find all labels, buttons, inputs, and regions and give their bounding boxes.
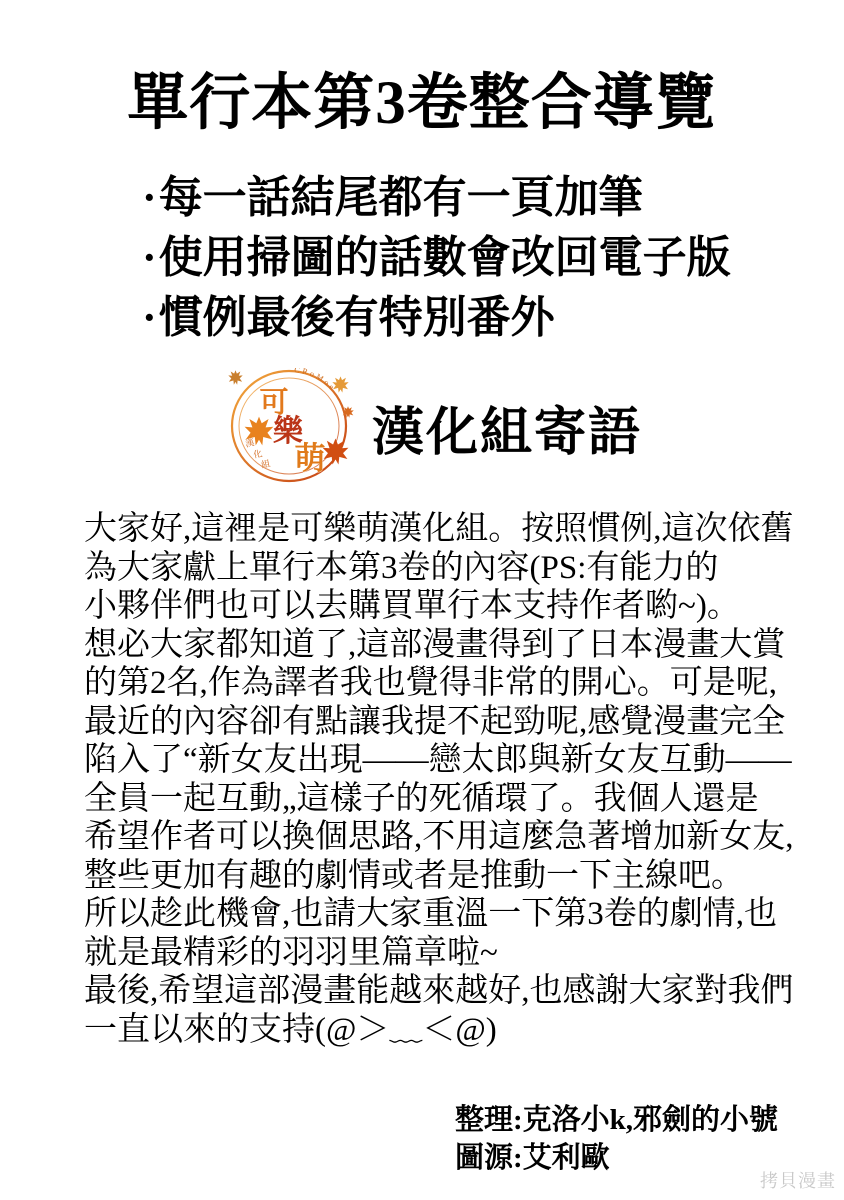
list-item-text: 每一話結尾都有一頁加筆 bbox=[159, 173, 643, 222]
logo-subtext-char: 化 bbox=[252, 447, 263, 460]
message-line: 小夥伴們也可以去購買單行本支持作者喲~)。 bbox=[84, 587, 794, 626]
message-line: 就是最精彩的羽羽里篇章啦~ bbox=[84, 934, 794, 973]
list-item: ·慣例最後有特別番外 bbox=[142, 288, 731, 348]
section-heading: 漢化組寄語 bbox=[372, 390, 642, 465]
message-line: 最後,希望這部漫畫能越來越好,也感謝大家對我們 bbox=[84, 972, 794, 1011]
message-line: 所以趁此機會,也請大家重溫一下第3卷的劇情,也 bbox=[84, 895, 794, 934]
message-line: 一直以來的支持(@＞﹏＜@) bbox=[84, 1011, 794, 1050]
site-watermark: 拷貝漫畫 bbox=[760, 1167, 836, 1193]
credit-line: 整理:克洛小k,邪劍的小號 bbox=[455, 1101, 778, 1139]
colamoe-group-logo-icon: CRoMoe 可 樂 萌 漢 化 組 bbox=[224, 368, 358, 486]
bullet-marker: · bbox=[142, 233, 157, 282]
logo-char: 萌 bbox=[295, 441, 326, 476]
credit-line: 圖源:艾利歐 bbox=[455, 1139, 778, 1177]
message-line: 想必大家都知道了,這部漫畫得到了日本漫畫大賞 bbox=[84, 626, 794, 665]
scanlation-notice-page: 單行本第3卷整合導覽 ·每一話結尾都有一頁加筆 ·使用掃圖的話數會改回電子版 ·… bbox=[0, 0, 844, 1200]
list-item-text: 使用掃圖的話數會改回電子版 bbox=[159, 233, 731, 282]
message-line: 陷入了“新女友出現——戀太郎與新女友互動—— bbox=[84, 741, 794, 780]
group-banner: CRoMoe 可 樂 萌 漢 化 組 漢化組寄語 bbox=[224, 368, 642, 486]
message-line: 希望作者可以換個思路,不用這麼急著增加新女友, bbox=[84, 818, 794, 857]
group-message: 大家好,這裡是可樂萌漢化組。按照慣例,這次依舊 為大家獻上單行本第3卷的內容(P… bbox=[84, 510, 794, 1049]
bullet-marker: · bbox=[142, 293, 157, 342]
list-item: ·使用掃圖的話數會改回電子版 bbox=[142, 228, 731, 288]
credits-block: 整理:克洛小k,邪劍的小號 圖源:艾利歐 bbox=[455, 1101, 778, 1177]
message-line: 全員一起互動„這樣子的死循環了。我個人還是 bbox=[84, 780, 794, 819]
list-item: ·每一話結尾都有一頁加筆 bbox=[142, 168, 731, 228]
message-line: 大家好,這裡是可樂萌漢化組。按照慣例,這次依舊 bbox=[84, 510, 794, 549]
page-title: 單行本第3卷整合導覽 bbox=[0, 54, 844, 141]
logo-subtext-char: 組 bbox=[260, 457, 271, 470]
logo-subtext-char: 漢 bbox=[244, 436, 255, 449]
message-line: 為大家獻上單行本第3卷的內容(PS:有能力的 bbox=[84, 549, 794, 588]
notes-list: ·每一話結尾都有一頁加筆 ·使用掃圖的話數會改回電子版 ·慣例最後有特別番外 bbox=[142, 168, 731, 348]
bullet-marker: · bbox=[142, 173, 157, 222]
list-item-text: 慣例最後有特別番外 bbox=[159, 293, 555, 342]
logo-ring-text: CRoMoe bbox=[294, 368, 338, 393]
message-line: 的第2名,作為譯者我也覺得非常的開心。可是呢, bbox=[84, 664, 794, 703]
maple-leaf-icon bbox=[228, 370, 242, 384]
message-line: 最近的內容卻有點讓我提不起勁呢,感覺漫畫完全 bbox=[84, 703, 794, 742]
message-line: 整些更加有趣的劇情或者是推動一下主線吧。 bbox=[84, 857, 794, 896]
